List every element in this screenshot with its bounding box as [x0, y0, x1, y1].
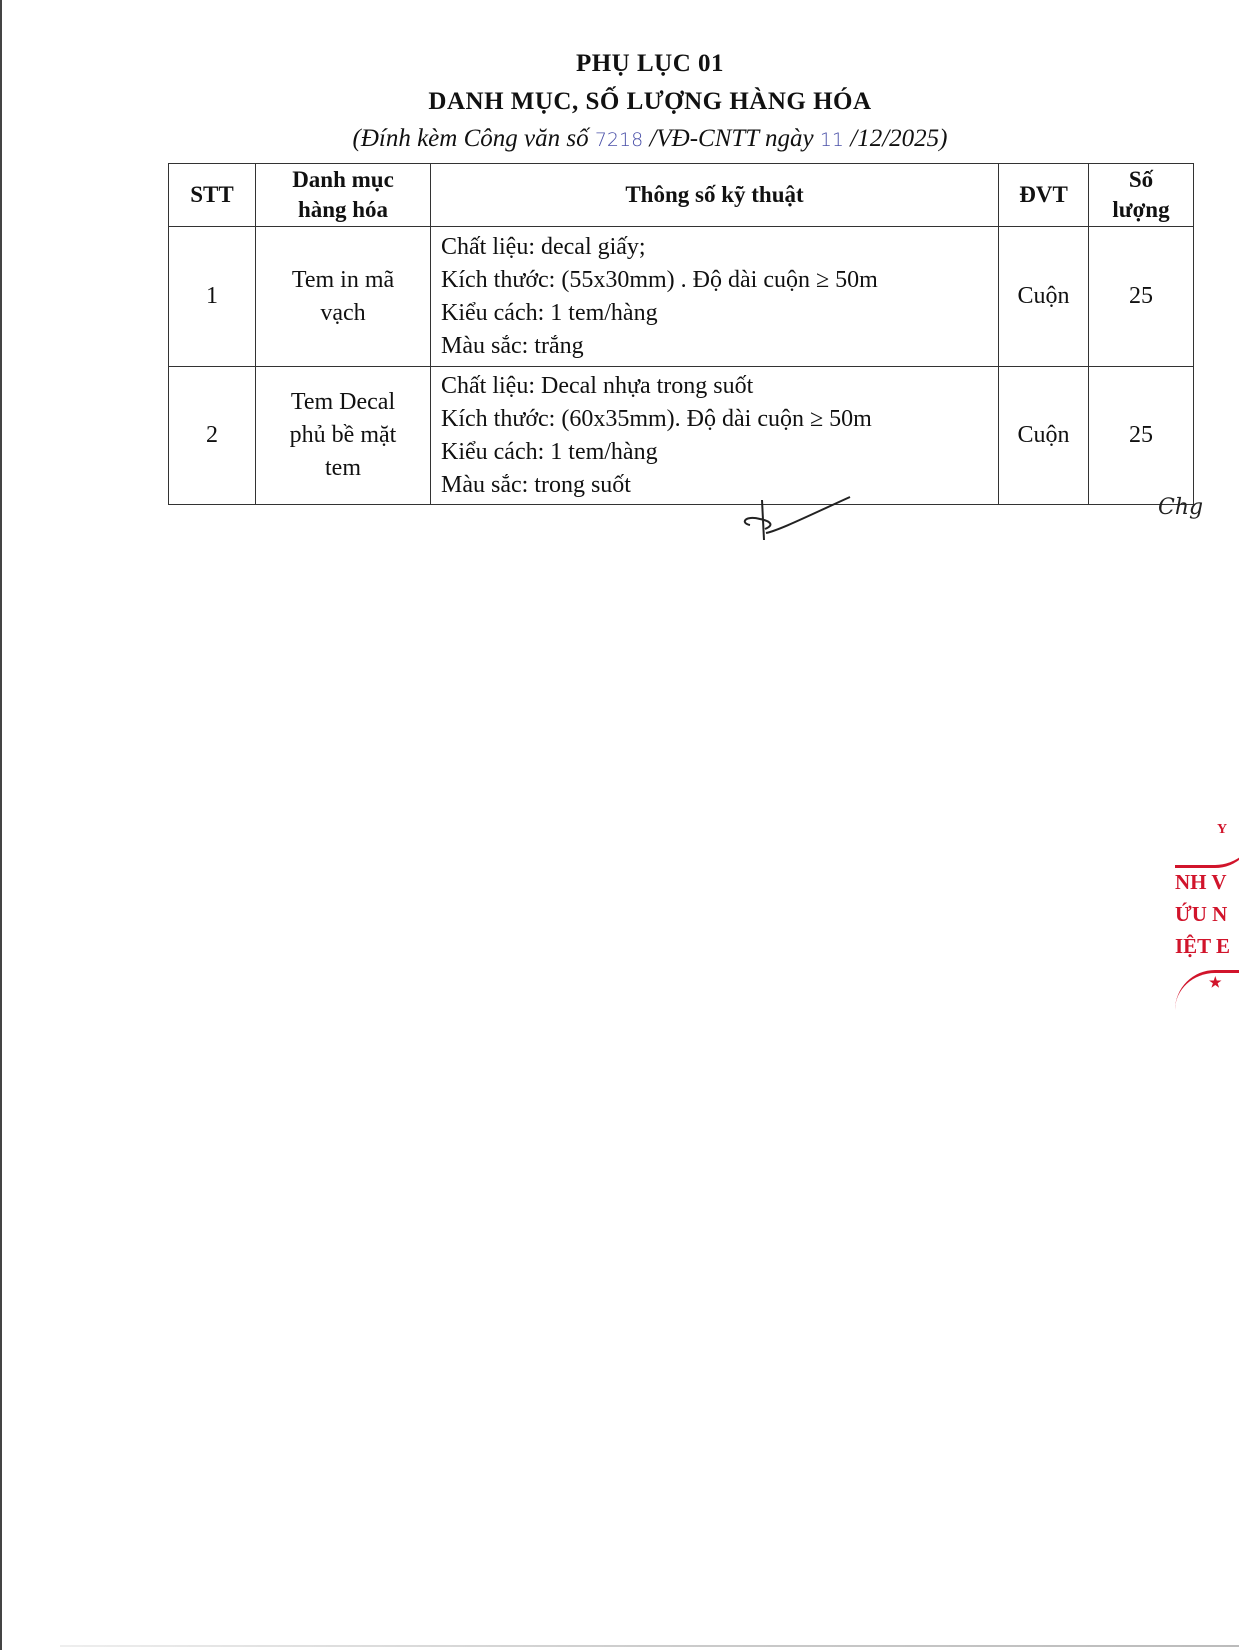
reference-suffix: /12/2025) — [844, 125, 947, 152]
header-qty: Số lượng — [1089, 164, 1194, 227]
row-stt: 1 — [169, 227, 256, 367]
scan-edge — [0, 0, 2, 1650]
stamp-text-line: NH V — [1175, 870, 1227, 895]
initials-right: Chg — [1158, 495, 1203, 520]
header-spec: Thông số kỹ thuật — [431, 164, 999, 227]
stamp-arc-bottom — [1175, 970, 1239, 1013]
appendix-heading: DANH MỤC, SỐ LƯỢNG HÀNG HÓA — [0, 88, 1239, 116]
header-unit: ĐVT — [999, 164, 1089, 227]
appendix-title: PHỤ LỤC 01 — [0, 50, 1239, 78]
row-unit: Cuộn — [999, 227, 1089, 367]
table-header-row: STT Danh mục hàng hóa Thông số kỹ thuật … — [169, 164, 1194, 227]
reference-mid: /VĐ-CNTT ngày — [643, 125, 820, 152]
table-row: 2 Tem Decal phủ bề mặt tem Chất liệu: De… — [169, 367, 1194, 505]
stamp-text-line: IỆT E — [1175, 934, 1230, 959]
table-row: 1 Tem in mã vạch Chất liệu: decal giấy; … — [169, 227, 1194, 367]
header-stt: STT — [169, 164, 256, 227]
row-spec: Chất liệu: decal giấy; Kích thước: (55x3… — [431, 227, 999, 367]
reference-line: (Đính kèm Công văn số 7218 /VĐ-CNTT ngày… — [0, 125, 1239, 153]
handwritten-document-number: 7218 — [595, 129, 643, 151]
stamp-arc-top — [1175, 825, 1239, 868]
reference-prefix: (Đính kèm Công văn số — [353, 125, 595, 152]
stamp-text-line: ỨU N — [1175, 902, 1227, 927]
row-unit: Cuộn — [999, 367, 1089, 505]
goods-table: STT Danh mục hàng hóa Thông số kỹ thuật … — [168, 163, 1194, 505]
row-item: Tem Decal phủ bề mặt tem — [256, 367, 431, 505]
stamp-symbol-top: Y — [1217, 822, 1227, 838]
handwritten-day: 11 — [820, 129, 844, 151]
row-qty: 25 — [1089, 367, 1194, 505]
red-seal-stamp: Y NH V ỨU N IỆT E ★ — [1175, 810, 1239, 1020]
scan-bottom-edge — [60, 1645, 1239, 1647]
row-qty: 25 — [1089, 227, 1194, 367]
row-item: Tem in mã vạch — [256, 227, 431, 367]
header-item: Danh mục hàng hóa — [256, 164, 431, 227]
row-stt: 2 — [169, 367, 256, 505]
row-spec: Chất liệu: Decal nhựa trong suốt Kích th… — [431, 367, 999, 505]
star-icon: ★ — [1209, 975, 1222, 992]
signature-mark — [740, 495, 860, 545]
